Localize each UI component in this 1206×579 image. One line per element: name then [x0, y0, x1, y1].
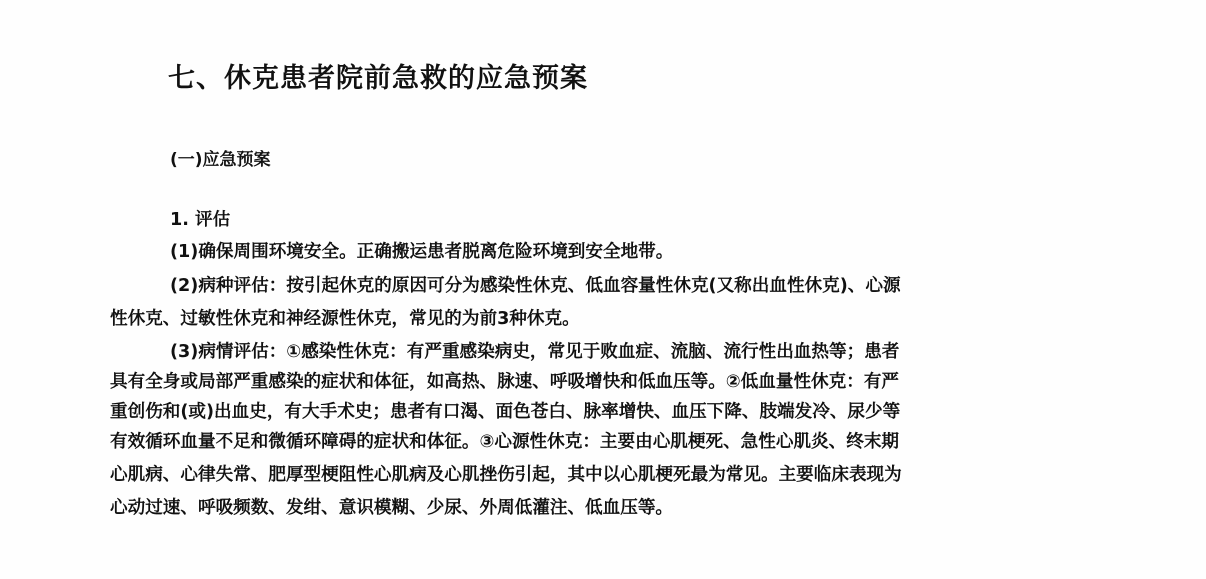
paragraph-2-line-1: (2)病种评估：按引起休克的原因可分为感染性休克、低血容量性休克(又称出血性休克…	[170, 274, 901, 298]
paragraph-1-line-1: (1)确保周围环境安全。正确搬运患者脱离危险环境到安全地带。	[170, 240, 673, 264]
page-title: 七、休克患者院前急救的应急预案	[168, 56, 588, 95]
paragraph-3-line-1: (3)病情评估：①感染性休克：有严重感染病史，常见于败血症、流脑、流行性出血热等…	[170, 340, 899, 364]
document-page: 七、休克患者院前急救的应急预案 (一)应急预案 1. 评估 (1)确保周围环境安…	[0, 0, 1206, 579]
paragraph-3-line-4: 有效循环血量不足和微循环障碍的症状和体征。③心源性休克：主要由心肌梗死、急性心肌…	[110, 430, 899, 454]
subsection-heading: 1. 评估	[170, 208, 230, 232]
paragraph-3-line-2: 具有全身或局部严重感染的症状和体征，如高热、脉速、呼吸增快和低血压等。②低血量性…	[110, 370, 899, 394]
paragraph-3-line-5: 心肌病、心律失常、肥厚型梗阻性心肌病及心肌挫伤引起，其中以心肌梗死最为常见。主要…	[110, 463, 902, 487]
paragraph-3-line-3: 重创伤和(或)出血史，有大手术史；患者有口渴、面色苍白、脉率增快、血压下降、肢端…	[110, 400, 900, 424]
paragraph-3-line-6: 心动过速、呼吸频数、发绀、意识模糊、少尿、外周低灌注、低血压等。	[110, 496, 673, 520]
paragraph-2-line-2: 性休克、过敏性休克和神经源性休克，常见的为前3种休克。	[110, 307, 580, 331]
section-heading: (一)应急预案	[170, 145, 271, 170]
